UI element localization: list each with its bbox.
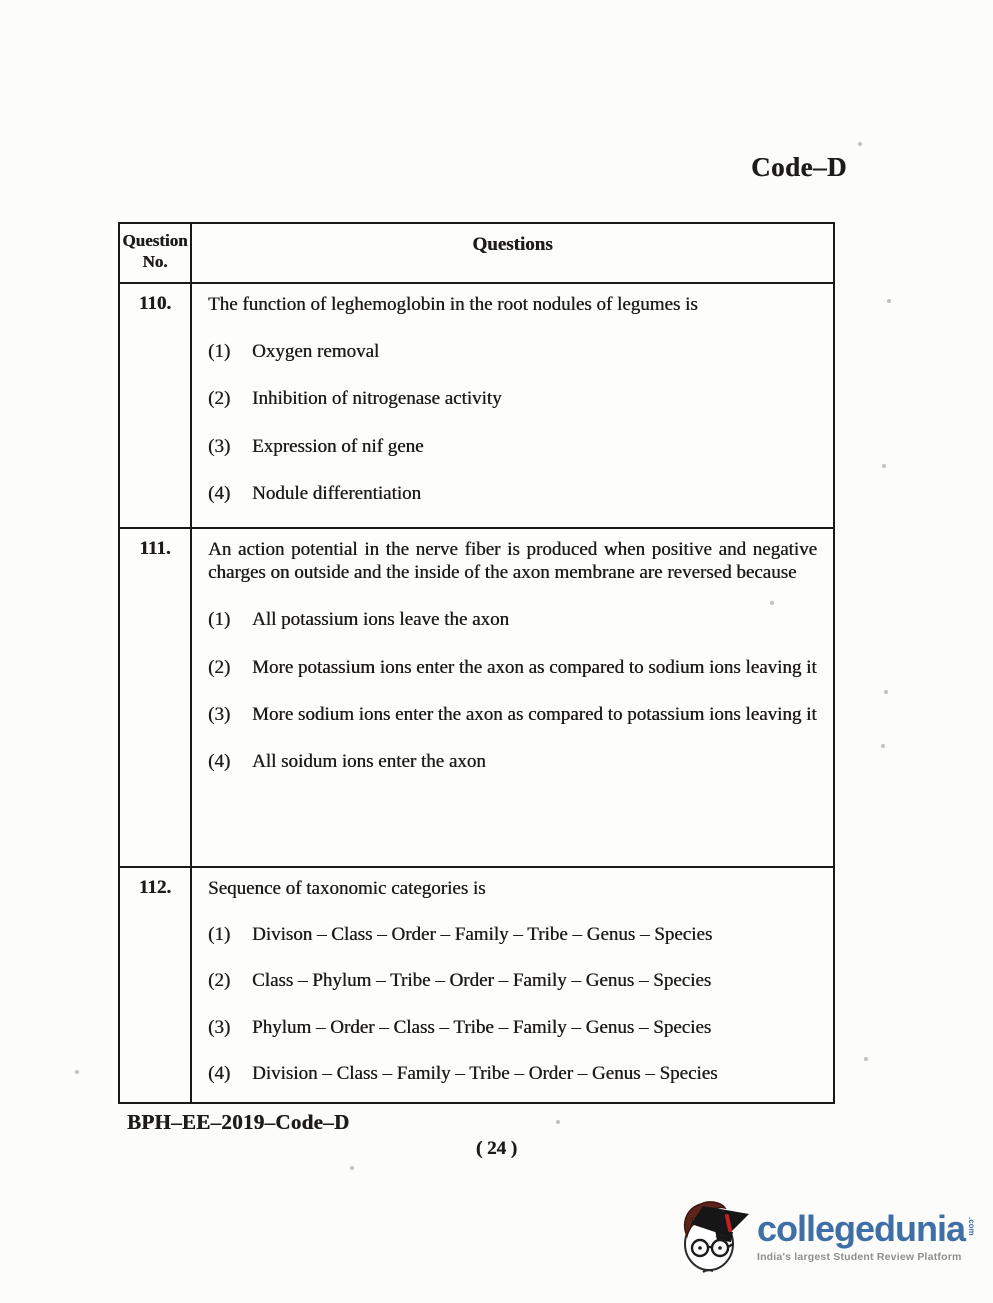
- option-text: Divison – Class – Order – Family – Tribe…: [252, 923, 817, 946]
- option-number: (2): [208, 387, 252, 410]
- footer-paper-code: BPH–EE–2019–Code–D: [127, 1110, 349, 1135]
- option-text: Phylum – Order – Class – Tribe – Family …: [252, 1016, 817, 1039]
- option-text: Nodule differentiation: [252, 482, 817, 505]
- scan-speck: [881, 744, 885, 748]
- option-item: (1) All potassium ions leave the axon: [208, 608, 817, 631]
- question-number: 110.: [120, 284, 192, 527]
- question-table: Question No. Questions 110. The function…: [118, 222, 835, 1104]
- option-item: (4) Nodule differentiation: [208, 482, 817, 505]
- question-cell: Sequence of taxonomic categories is (1) …: [192, 868, 833, 1102]
- option-text: Expression of nif gene: [252, 435, 817, 458]
- option-text: Class – Phylum – Tribe – Order – Family …: [252, 969, 817, 992]
- option-item: (3) Expression of nif gene: [208, 435, 817, 458]
- question-text: Sequence of taxonomic categories is: [208, 877, 817, 900]
- option-number: (2): [208, 656, 252, 679]
- option-number: (3): [208, 1016, 252, 1039]
- option-number: (3): [208, 435, 252, 458]
- column-header-questions: Questions: [192, 224, 833, 282]
- table-header-row: Question No. Questions: [120, 224, 833, 282]
- option-item: (3) Phylum – Order – Class – Tribe – Fam…: [208, 1016, 817, 1039]
- option-number: (1): [208, 340, 252, 363]
- scan-speck: [75, 1070, 79, 1074]
- option-text: Oxygen removal: [252, 340, 817, 363]
- option-number: (4): [208, 750, 252, 773]
- question-row-112: 112. Sequence of taxonomic categories is…: [120, 866, 833, 1102]
- question-row-111: 111. An action potential in the nerve fi…: [120, 527, 833, 866]
- question-row-110: 110. The function of leghemoglobin in th…: [120, 282, 833, 527]
- scan-speck: [884, 690, 888, 694]
- question-number: 112.: [120, 868, 192, 1102]
- paper-code-label: Code–D: [751, 152, 847, 183]
- collegedunia-logo: collegedunia .com India's largest Studen…: [675, 1192, 975, 1282]
- logo-text-column: collegedunia .com India's largest Studen…: [757, 1211, 975, 1263]
- option-text: Division – Class – Family – Tribe – Orde…: [252, 1062, 817, 1085]
- question-cell: The function of leghemoglobin in the roo…: [192, 284, 833, 527]
- page-number: ( 24 ): [0, 1138, 993, 1160]
- question-text: The function of leghemoglobin in the roo…: [208, 293, 817, 316]
- option-item: (1) Divison – Class – Order – Family – T…: [208, 923, 817, 946]
- scan-speck: [655, 714, 659, 718]
- scanned-exam-page: Code–D Question No. Questions 110. The f…: [0, 0, 993, 1303]
- logo-tagline: India's largest Student Review Platform: [757, 1251, 975, 1263]
- option-number: (1): [208, 923, 252, 946]
- option-item: (2) Inhibition of nitrogenase activity: [208, 387, 817, 410]
- question-number: 111.: [120, 529, 192, 866]
- option-item: (3) More sodium ions enter the axon as c…: [208, 703, 817, 726]
- scan-speck: [556, 1120, 560, 1124]
- option-item: (2) Class – Phylum – Tribe – Order – Fam…: [208, 969, 817, 992]
- scan-speck: [882, 464, 886, 468]
- scan-speck: [770, 601, 774, 605]
- question-text: An action potential in the nerve fiber i…: [208, 538, 817, 584]
- option-text: All soidum ions enter the axon: [252, 750, 817, 773]
- scan-speck: [858, 142, 862, 146]
- column-header-question-no-line2: No.: [120, 251, 190, 272]
- scan-speck: [887, 299, 891, 303]
- option-text: Inhibition of nitrogenase activity: [252, 387, 817, 410]
- column-header-question-no: Question No.: [120, 224, 192, 282]
- logo-brand-text: collegedunia: [757, 1211, 965, 1247]
- option-text: More sodium ions enter the axon as compa…: [252, 703, 817, 726]
- option-number: (4): [208, 482, 252, 505]
- option-item: (1) Oxygen removal: [208, 340, 817, 363]
- option-text: All potassium ions leave the axon: [252, 608, 817, 631]
- graduate-mascot-icon: [675, 1192, 753, 1282]
- question-cell: An action potential in the nerve fiber i…: [192, 529, 833, 866]
- option-item: (4) All soidum ions enter the axon: [208, 750, 817, 773]
- option-number: (3): [208, 703, 252, 726]
- option-number: (1): [208, 608, 252, 631]
- column-header-question-no-line1: Question: [120, 230, 190, 251]
- logo-wordmark-row: collegedunia .com: [757, 1211, 975, 1247]
- logo-domain-text: .com: [967, 1217, 975, 1236]
- option-item: (4) Division – Class – Family – Tribe – …: [208, 1062, 817, 1085]
- option-number: (2): [208, 969, 252, 992]
- scan-speck: [350, 1166, 354, 1170]
- scan-speck: [864, 1057, 868, 1061]
- option-number: (4): [208, 1062, 252, 1085]
- option-text: More potassium ions enter the axon as co…: [252, 656, 817, 679]
- option-item: (2) More potassium ions enter the axon a…: [208, 656, 817, 679]
